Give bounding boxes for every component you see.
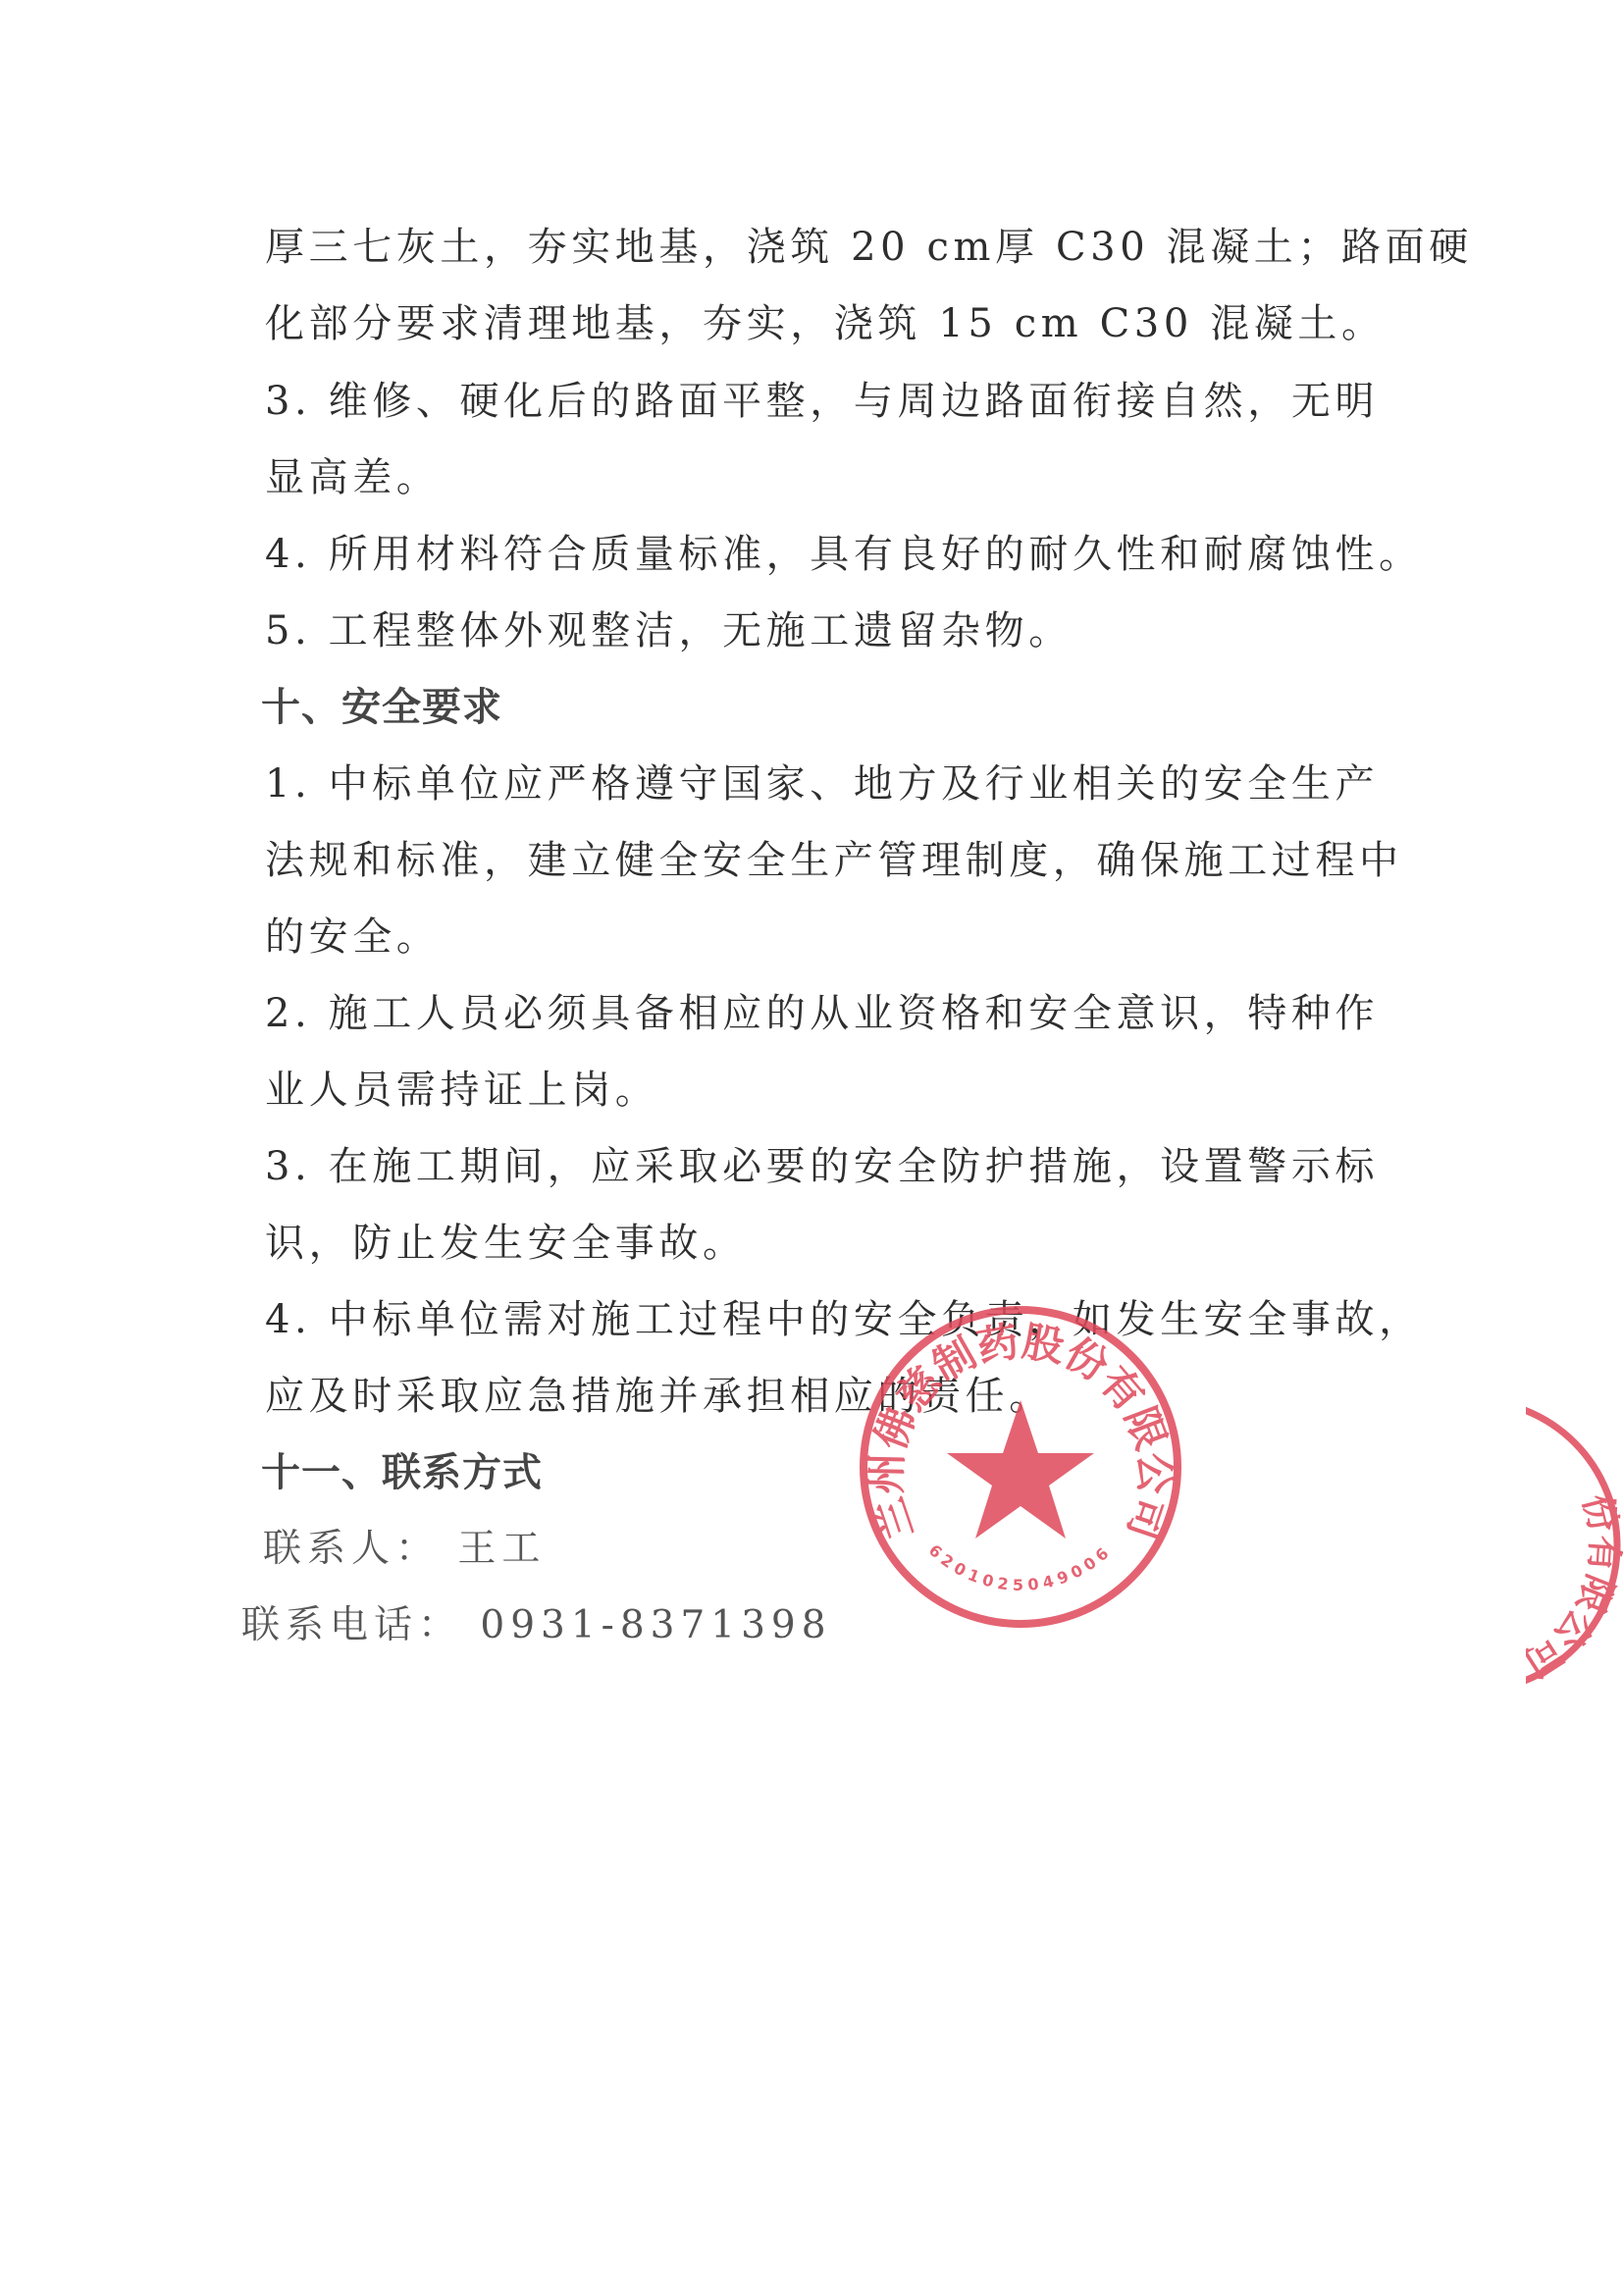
company-seal: 兰州佛慈制药股份有限公司 6201025049006	[854, 1300, 1187, 1634]
partial-seal: 份有限公司	[1526, 1393, 1623, 1697]
seal-company-name: 兰州佛慈制药股份有限公司	[863, 1317, 1179, 1546]
list-item: 3. 在施工期间，应采取必要的安全防护措施，设置警示标	[265, 1139, 1379, 1194]
seal-icon: 兰州佛慈制药股份有限公司 6201025049006	[854, 1300, 1187, 1634]
document-page: 厚三七灰土，夯实地基，浇筑 20 cm厚 C30 混凝土；路面硬 化部分要求清理…	[0, 0, 1623, 2296]
partial-seal-icon: 份有限公司	[1526, 1393, 1623, 1697]
paragraph-line: 厚三七灰土，夯实地基，浇筑 20 cm厚 C30 混凝土；路面硬	[265, 220, 1473, 275]
list-item: 4. 所用材料符合质量标准，具有良好的耐久性和耐腐蚀性。	[265, 527, 1423, 582]
partial-seal-text: 份有限公司	[1526, 1489, 1623, 1685]
list-item-continuation: 业人员需持证上岗。	[265, 1063, 658, 1118]
list-item: 4. 中标单位需对施工过程中的安全负责，如发生安全事故，	[265, 1292, 1423, 1347]
contact-phone-line: 联系电话： 0931-8371398	[241, 1598, 832, 1653]
list-item: 2. 施工人员必须具备相应的从业资格和安全意识，特种作	[265, 986, 1379, 1041]
contact-person-label: 联系人：	[263, 1527, 440, 1571]
seal-code: 6201025049006	[925, 1540, 1116, 1594]
list-item-continuation: 法规和标准，建立健全安全生产管理制度，确保施工过程中	[265, 833, 1403, 888]
contact-phone-value: 0931-8371398	[480, 1603, 831, 1647]
section-heading-contact: 十一、联系方式	[261, 1445, 543, 1500]
contact-person-line: 联系人： 王工	[263, 1522, 546, 1577]
list-item-continuation: 应及时采取应急措施并承担相应的责任。	[265, 1369, 1053, 1424]
list-item: 5. 工程整体外观整洁，无施工遗留杂物。	[265, 603, 1073, 658]
list-item-continuation: 显高差。	[265, 450, 440, 505]
paragraph-line: 化部分要求清理地基，夯实，浇筑 15 cm C30 混凝土。	[265, 296, 1386, 351]
contact-person-value: 王工	[457, 1527, 546, 1571]
contact-phone-label: 联系电话：	[241, 1603, 462, 1647]
list-item: 1. 中标单位应严格遵守国家、地方及行业相关的安全生产	[265, 757, 1379, 811]
list-item-continuation: 的安全。	[265, 910, 440, 965]
section-heading-safety: 十、安全要求	[261, 680, 502, 735]
list-item: 3. 维修、硬化后的路面平整，与周边路面衔接自然，无明	[265, 374, 1379, 429]
list-item-continuation: 识，防止发生安全事故。	[265, 1216, 747, 1271]
